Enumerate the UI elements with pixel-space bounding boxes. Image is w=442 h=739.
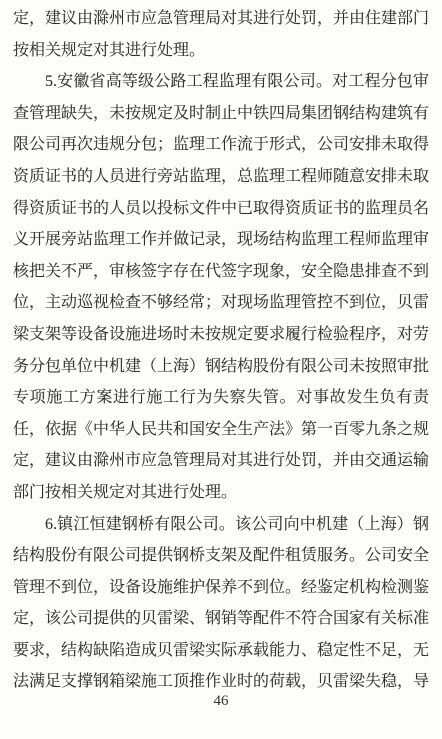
document-page: 定，建议由滁州市应急管理局对其进行处罚，并由住建部门按相关规定对其进行处理。 5… — [0, 0, 442, 739]
paragraph-item-5: 5.安徽省高等级公路工程监理有限公司。对工程分包审查管理缺失，未按规定及时制止中… — [13, 66, 429, 508]
paragraph-item-6: 6.镇江恒建钢桥有限公司。该公司向中机建（上海）钢结构股份有限公司提供钢桥支架及… — [13, 509, 429, 699]
document-text-block: 定，建议由滁州市应急管理局对其进行处罚，并由住建部门按相关规定对其进行处理。 5… — [13, 3, 429, 698]
paragraph-continuation: 定，建议由滁州市应急管理局对其进行处罚，并由住建部门按相关规定对其进行处理。 — [13, 3, 429, 66]
page-number: 46 — [0, 692, 442, 710]
